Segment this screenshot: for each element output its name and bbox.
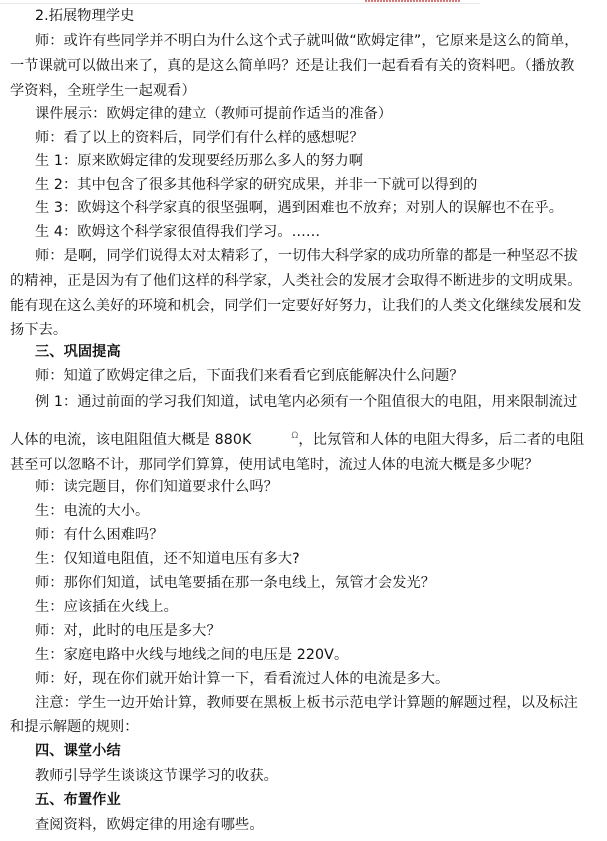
line-text: 师：读完题目，你们知道要求什么吗？	[35, 479, 278, 495]
line-text: 生 2：其中包含了很多其他科学家的研究成果，并非一下就可以得到的	[35, 177, 477, 193]
paragraph-line: 师：那你们知道，试电笔要插在那一条电线上，氖管才会发光？	[35, 573, 435, 593]
line-text: 生：仅知道电阻值，还不知道电压有多大?	[35, 551, 300, 567]
line-text: 能有现在这么美好的环境和机会，同学们一定要好好努力，让我们的人类文化继续发展和发	[10, 298, 582, 314]
line-text: 教师引导学生谈谈这节课学习的收获。	[35, 768, 278, 784]
paragraph-line: 一节课就可以做出来了，真的是这么简单吗？还是让我们一起看看有关的资料吧。（播放教	[10, 56, 574, 76]
paragraph-line: 甚至可以忽略不计，那同学们算算，使用试电笔时，流过人体的电流大概是多少呢？	[10, 455, 539, 475]
paragraph-line: 师：好，现在你们就开始计算一下，看看流过人体的电流是多大。	[35, 669, 449, 689]
line-text: 生：电流的大小。	[35, 503, 149, 519]
line-text: 生：家庭电路中火线与地线之间的电压是 220V。	[35, 647, 348, 663]
line-text: 生 1：原来欧姆定律的发现要经历那么多人的努力啊	[35, 153, 363, 169]
line-text: 生：应该插在火线上。	[35, 599, 178, 615]
paragraph-line: 师：有什么困难吗？	[35, 525, 164, 545]
section-heading: 五、布置作业	[35, 790, 121, 810]
paragraph-line: 师：是啊，同学们说得太对太精彩了，一切伟大科学家的成功所靠的都是一种坚忍不拔	[35, 246, 578, 266]
section-heading: 三、巩固提高	[35, 342, 121, 362]
paragraph-line: 人体的电流，该电阻阻值大概是 880KΩ，比氖管和人体的电阻大得多，后二者的电阻	[10, 430, 584, 452]
line-text: 甚至可以忽略不计，那同学们算算，使用试电笔时，流过人体的电流大概是多少呢？	[10, 457, 539, 473]
line-text: 师：看了以上的资料后，同学们有什么样的感想呢？	[35, 130, 364, 146]
line-text: 课件展示：欧姆定律的建立（教师可提前作适当的准备）	[35, 106, 392, 122]
line-text: 生 3：欧姆这个科学家真的很坚强啊，遇到困难也不放弃；对别人的误解也不在乎。	[35, 200, 563, 216]
line-text: 生 4：欧姆这个科学家很值得我们学习。……	[35, 224, 320, 240]
line-text: 和提示解题的规则：	[10, 719, 139, 735]
paragraph-line: 课件展示：欧姆定律的建立（教师可提前作适当的准备）	[35, 104, 392, 124]
paragraph-line: 生 2：其中包含了很多其他科学家的研究成果，并非一下就可以得到的	[35, 175, 477, 195]
section-heading: 四、课堂小结	[35, 741, 121, 761]
line-text: 注意：学生一边开始计算，教师要在黑板上板书示范电学计算题的解题过程，以及标注	[35, 695, 578, 711]
paragraph-line: 生：应该插在火线上。	[35, 597, 178, 617]
paragraph-line: 和提示解题的规则：	[10, 717, 139, 737]
paragraph-line: 生 4：欧姆这个科学家很值得我们学习。……	[35, 222, 320, 242]
paragraph-line: 查阅资料，欧姆定律的用途有哪些。	[35, 815, 264, 835]
paragraph-line: 学资料，全班学生一起观看）	[10, 81, 196, 101]
line-text: 五、布置作业	[35, 792, 121, 808]
paragraph-line: 师：读完题目，你们知道要求什么吗？	[35, 477, 278, 497]
header-decoration	[365, 0, 461, 2]
line-text: 的精神，正是因为有了他们这样的科学家，人类社会的发展才会取得不断进步的文明成果。	[10, 273, 582, 289]
line-text: 师：好，现在你们就开始计算一下，看看流过人体的电流是多大。	[35, 671, 449, 687]
line-text: 人体的电流，该电阻阻值大概是 880K	[10, 432, 251, 448]
paragraph-line: 教师引导学生谈谈这节课学习的收获。	[35, 766, 278, 786]
line-text: 师：知道了欧姆定律之后，下面我们来看看它到底能解决什么问题？	[35, 368, 464, 384]
line-text: 师：是啊，同学们说得太对太精彩了，一切伟大科学家的成功所靠的都是一种坚忍不拔	[35, 248, 578, 264]
line-text: 2.拓展物理学史	[35, 8, 134, 24]
line-text-suffix: ，比氖管和人体的电阻大得多，后二者的电阻	[298, 432, 584, 448]
paragraph-line: 师：知道了欧姆定律之后，下面我们来看看它到底能解决什么问题？	[35, 366, 464, 386]
line-text: 一节课就可以做出来了，真的是这么简单吗？还是让我们一起看看有关的资料吧。（播放教	[10, 58, 574, 74]
paragraph-line: 生：家庭电路中火线与地线之间的电压是 220V。	[35, 645, 348, 665]
paragraph-line: 生：仅知道电阻值，还不知道电压有多大?	[35, 549, 300, 569]
paragraph-line: 师：对，此时的电压是多大？	[35, 621, 221, 641]
paragraph-line: 2.拓展物理学史	[35, 6, 134, 26]
paragraph-line: 例 1：通过前面的学习我们知道，试电笔内必须有一个阻值很大的电阻，用来限制流过	[35, 392, 577, 412]
paragraph-line: 生：电流的大小。	[35, 501, 149, 521]
paragraph-line: 能有现在这么美好的环境和机会，同学们一定要好好努力，让我们的人类文化继续发展和发	[10, 296, 582, 316]
line-text: 师：或许有些同学并不明白为什么这个式子就叫做“欧姆定律”，它原来是这么的简单，	[35, 33, 579, 49]
paragraph-line: 师：或许有些同学并不明白为什么这个式子就叫做“欧姆定律”，它原来是这么的简单，	[35, 31, 579, 51]
paragraph-line: 生 3：欧姆这个科学家真的很坚强啊，遇到困难也不放弃；对别人的误解也不在乎。	[35, 198, 563, 218]
omega-symbol: Ω	[291, 431, 298, 441]
line-text: 学资料，全班学生一起观看）	[10, 83, 196, 99]
line-text: 师：对，此时的电压是多大？	[35, 623, 221, 639]
line-text: 三、巩固提高	[35, 344, 121, 360]
paragraph-line: 扬下去。	[10, 320, 67, 340]
line-text: 扬下去。	[10, 322, 67, 338]
line-text: 例 1：通过前面的学习我们知道，试电笔内必须有一个阻值很大的电阻，用来限制流过	[35, 394, 577, 410]
line-text: 查阅资料，欧姆定律的用途有哪些。	[35, 817, 264, 833]
line-text: 四、课堂小结	[35, 743, 121, 759]
paragraph-line: 师：看了以上的资料后，同学们有什么样的感想呢？	[35, 128, 364, 148]
line-text: 师：那你们知道，试电笔要插在那一条电线上，氖管才会发光？	[35, 575, 435, 591]
paragraph-line: 的精神，正是因为有了他们这样的科学家，人类社会的发展才会取得不断进步的文明成果。	[10, 271, 582, 291]
line-text: 师：有什么困难吗？	[35, 527, 164, 543]
paragraph-line: 注意：学生一边开始计算，教师要在黑板上板书示范电学计算题的解题过程，以及标注	[35, 693, 578, 713]
paragraph-line: 生 1：原来欧姆定律的发现要经历那么多人的努力啊	[35, 151, 363, 171]
